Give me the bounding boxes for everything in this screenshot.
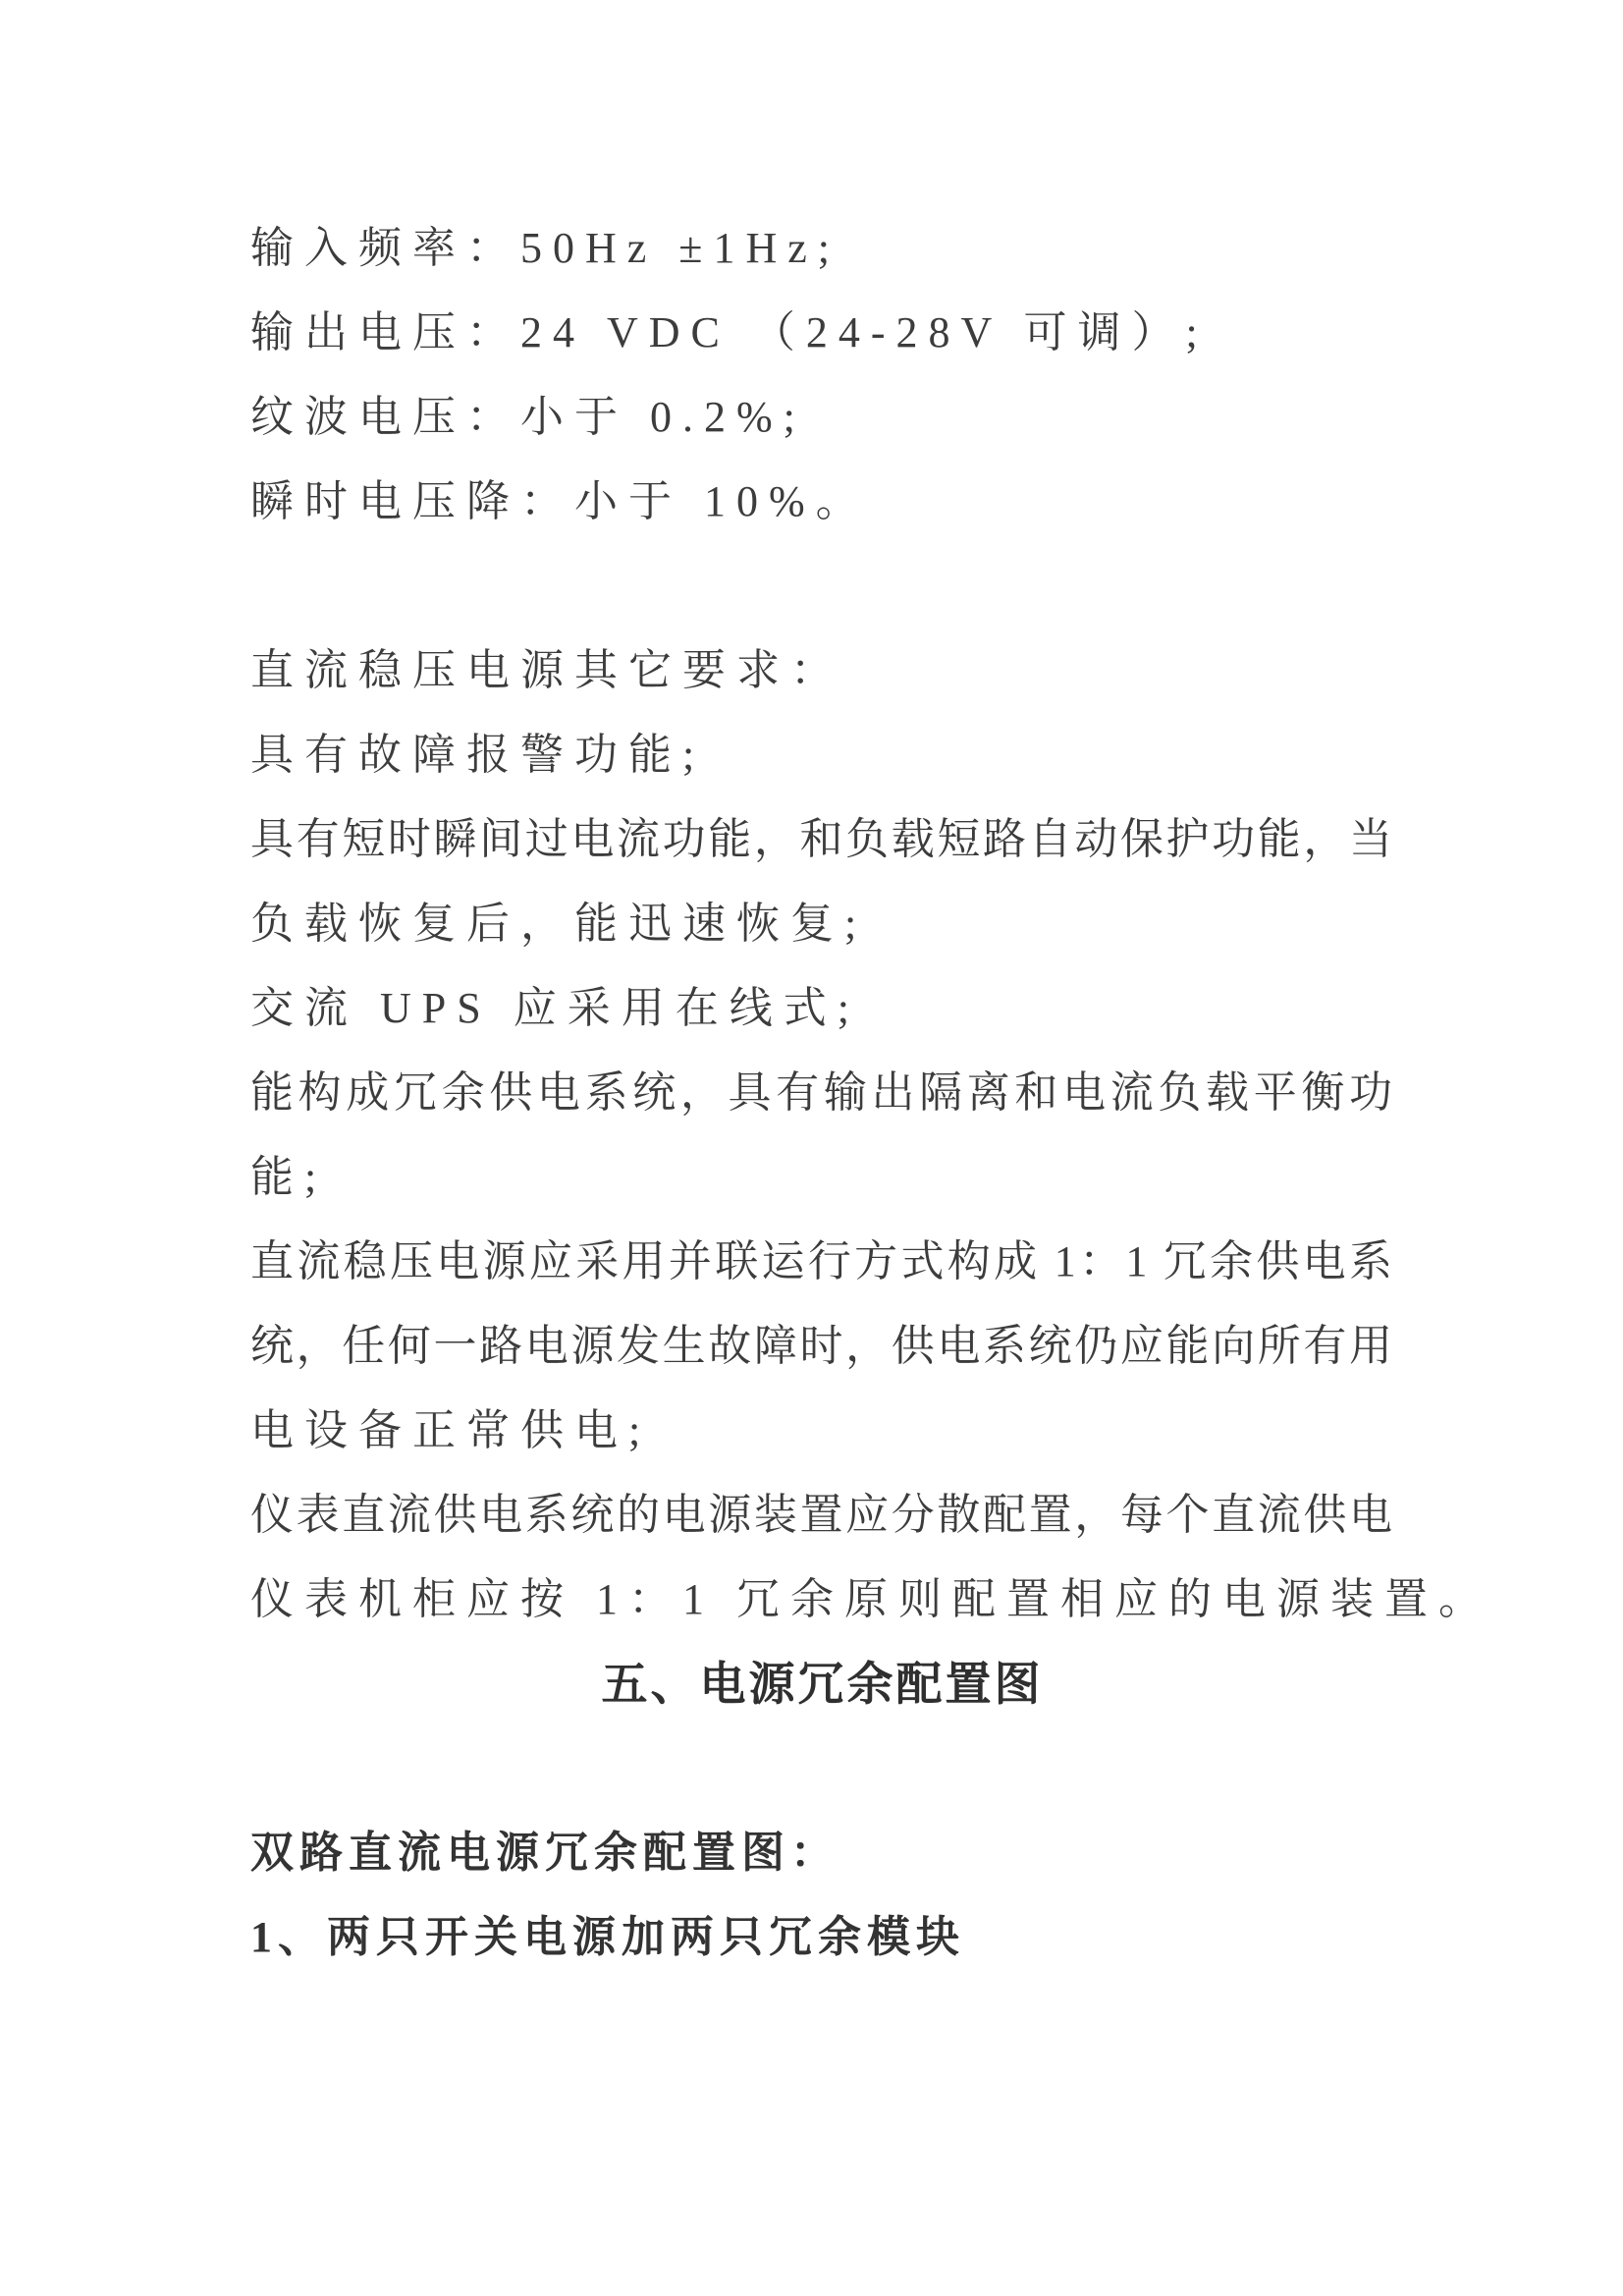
text-line-distributed-config-1: 仪表直流供电系统的电源装置应分散配置，每个直流供电: [250, 1473, 1394, 1558]
text-line-input-frequency: 输入频率：50Hz ±1Hz;: [250, 206, 1394, 291]
subsection-title-dual-dc: 双路直流电源冗余配置图：: [250, 1811, 1394, 1895]
text-line-overcurrent-1: 具有短时瞬间过电流功能，和负载短路自动保护功能，当: [250, 797, 1394, 882]
text-line-output-voltage: 输出电压：24 VDC （24-28V 可调）;: [250, 291, 1394, 375]
text-line-ripple-voltage: 纹波电压：小于 0.2%;: [250, 375, 1394, 460]
text-line-parallel-operation-2: 统，任何一路电源发生故障时，供电系统仍应能向所有用: [250, 1304, 1394, 1389]
text-line-fault-alarm: 具有故障报警功能;: [250, 713, 1394, 797]
text-line-parallel-operation-1: 直流稳压电源应采用并联运行方式构成 1：1 冗余供电系: [250, 1220, 1394, 1304]
text-line-redundant-supply-1: 能构成冗余供电系统，具有输出隔离和电流负载平衡功: [250, 1051, 1394, 1135]
text-line-overcurrent-2: 负载恢复后，能迅速恢复;: [250, 882, 1394, 966]
blank-line: [250, 1726, 1394, 1811]
text-line-transient-voltage-drop: 瞬时电压降：小于 10%。: [250, 460, 1394, 544]
text-line-other-requirements-title: 直流稳压电源其它要求：: [250, 629, 1394, 713]
text-line-parallel-operation-3: 电设备正常供电;: [250, 1389, 1394, 1473]
text-line-distributed-config-2: 仪表机柜应按 1：1 冗余原则配置相应的电源装置。: [250, 1558, 1394, 1642]
blank-line: [250, 544, 1394, 629]
list-item-two-switching-supplies: 1、两只开关电源加两只冗余模块: [250, 1895, 1394, 1980]
text-line-redundant-supply-2: 能;: [250, 1135, 1394, 1220]
section-heading: 五、电源冗余配置图: [250, 1642, 1394, 1726]
text-line-ac-ups: 交流 UPS 应采用在线式;: [250, 966, 1394, 1051]
document-page: 输入频率：50Hz ±1Hz; 输出电压：24 VDC （24-28V 可调）;…: [0, 0, 1623, 2296]
